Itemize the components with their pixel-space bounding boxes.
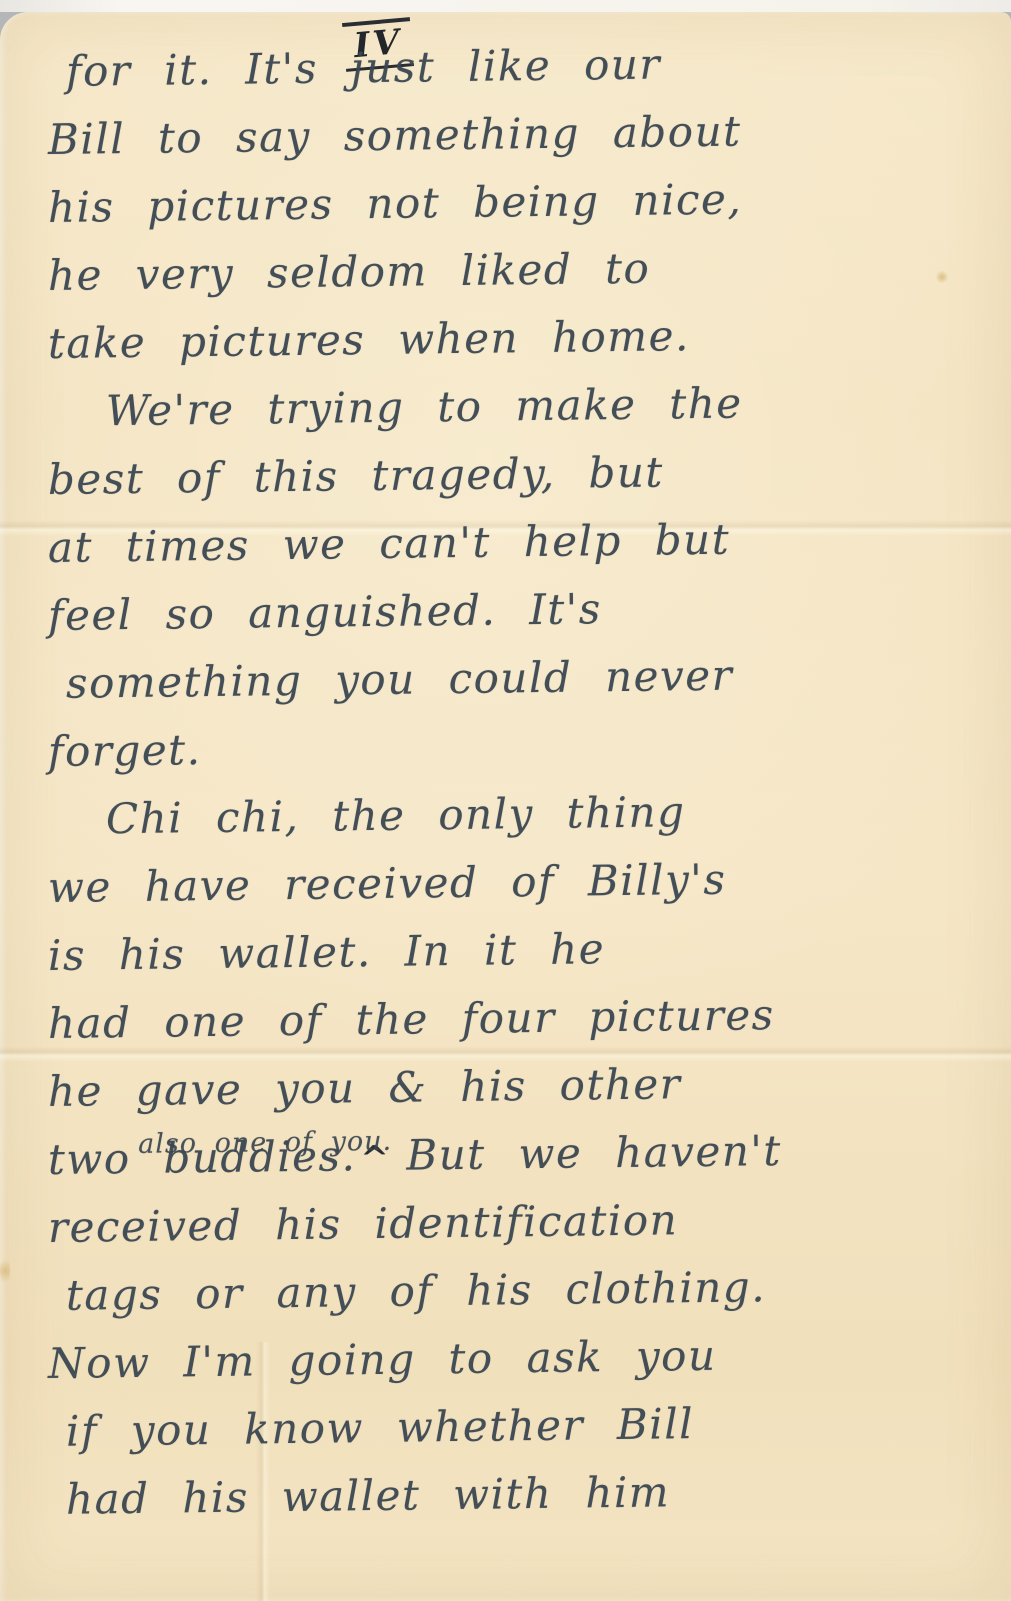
letter-line: if you know whether Bill	[48, 1387, 984, 1466]
letter-line-with-insertion: two buddies.^also one of you.But we have…	[48, 1115, 984, 1194]
letter-line: best of this tragedy, but	[48, 435, 984, 514]
letter-line: something you could never	[48, 639, 984, 718]
letter-line: received his identification	[48, 1183, 984, 1262]
letter-line: is his wallet. In it he	[48, 911, 984, 990]
letter-line: Chi chi, the only thing	[48, 775, 984, 854]
interline-insertion: also one of you.	[138, 1108, 393, 1179]
letter-line: forget.	[48, 707, 984, 786]
scanner-edge	[0, 0, 1011, 12]
letter-line: take pictures when home.	[48, 299, 984, 378]
letter-line: he very seldom liked to	[48, 231, 984, 310]
letter-line: had one of the four pictures	[48, 979, 984, 1058]
letter-paper: IV for it. It's just like our Bill to sa…	[0, 12, 1011, 1601]
letter-line: for it. It's just like our	[48, 27, 984, 106]
letter-line: at times we can't help but	[48, 503, 984, 582]
line-text-after-caret: But we haven't	[406, 1126, 782, 1180]
letter-line: feel so anguished. It's	[48, 571, 984, 650]
paper-stain	[0, 1256, 10, 1286]
letter-line: we have received of Billy's	[48, 843, 984, 922]
scanned-letter-page: IV for it. It's just like our Bill to sa…	[0, 0, 1011, 1601]
letter-line: We're trying to make the	[48, 367, 984, 446]
letter-line: Now I'm going to ask you	[48, 1319, 984, 1398]
letter-line: had his wallet with him	[48, 1455, 984, 1534]
letter-body: for it. It's just like our Bill to say s…	[48, 38, 983, 1534]
letter-line: Bill to say something about	[48, 95, 984, 174]
letter-line: tags or any of his clothing.	[48, 1251, 984, 1330]
letter-line: his pictures not being nice,	[48, 163, 984, 242]
